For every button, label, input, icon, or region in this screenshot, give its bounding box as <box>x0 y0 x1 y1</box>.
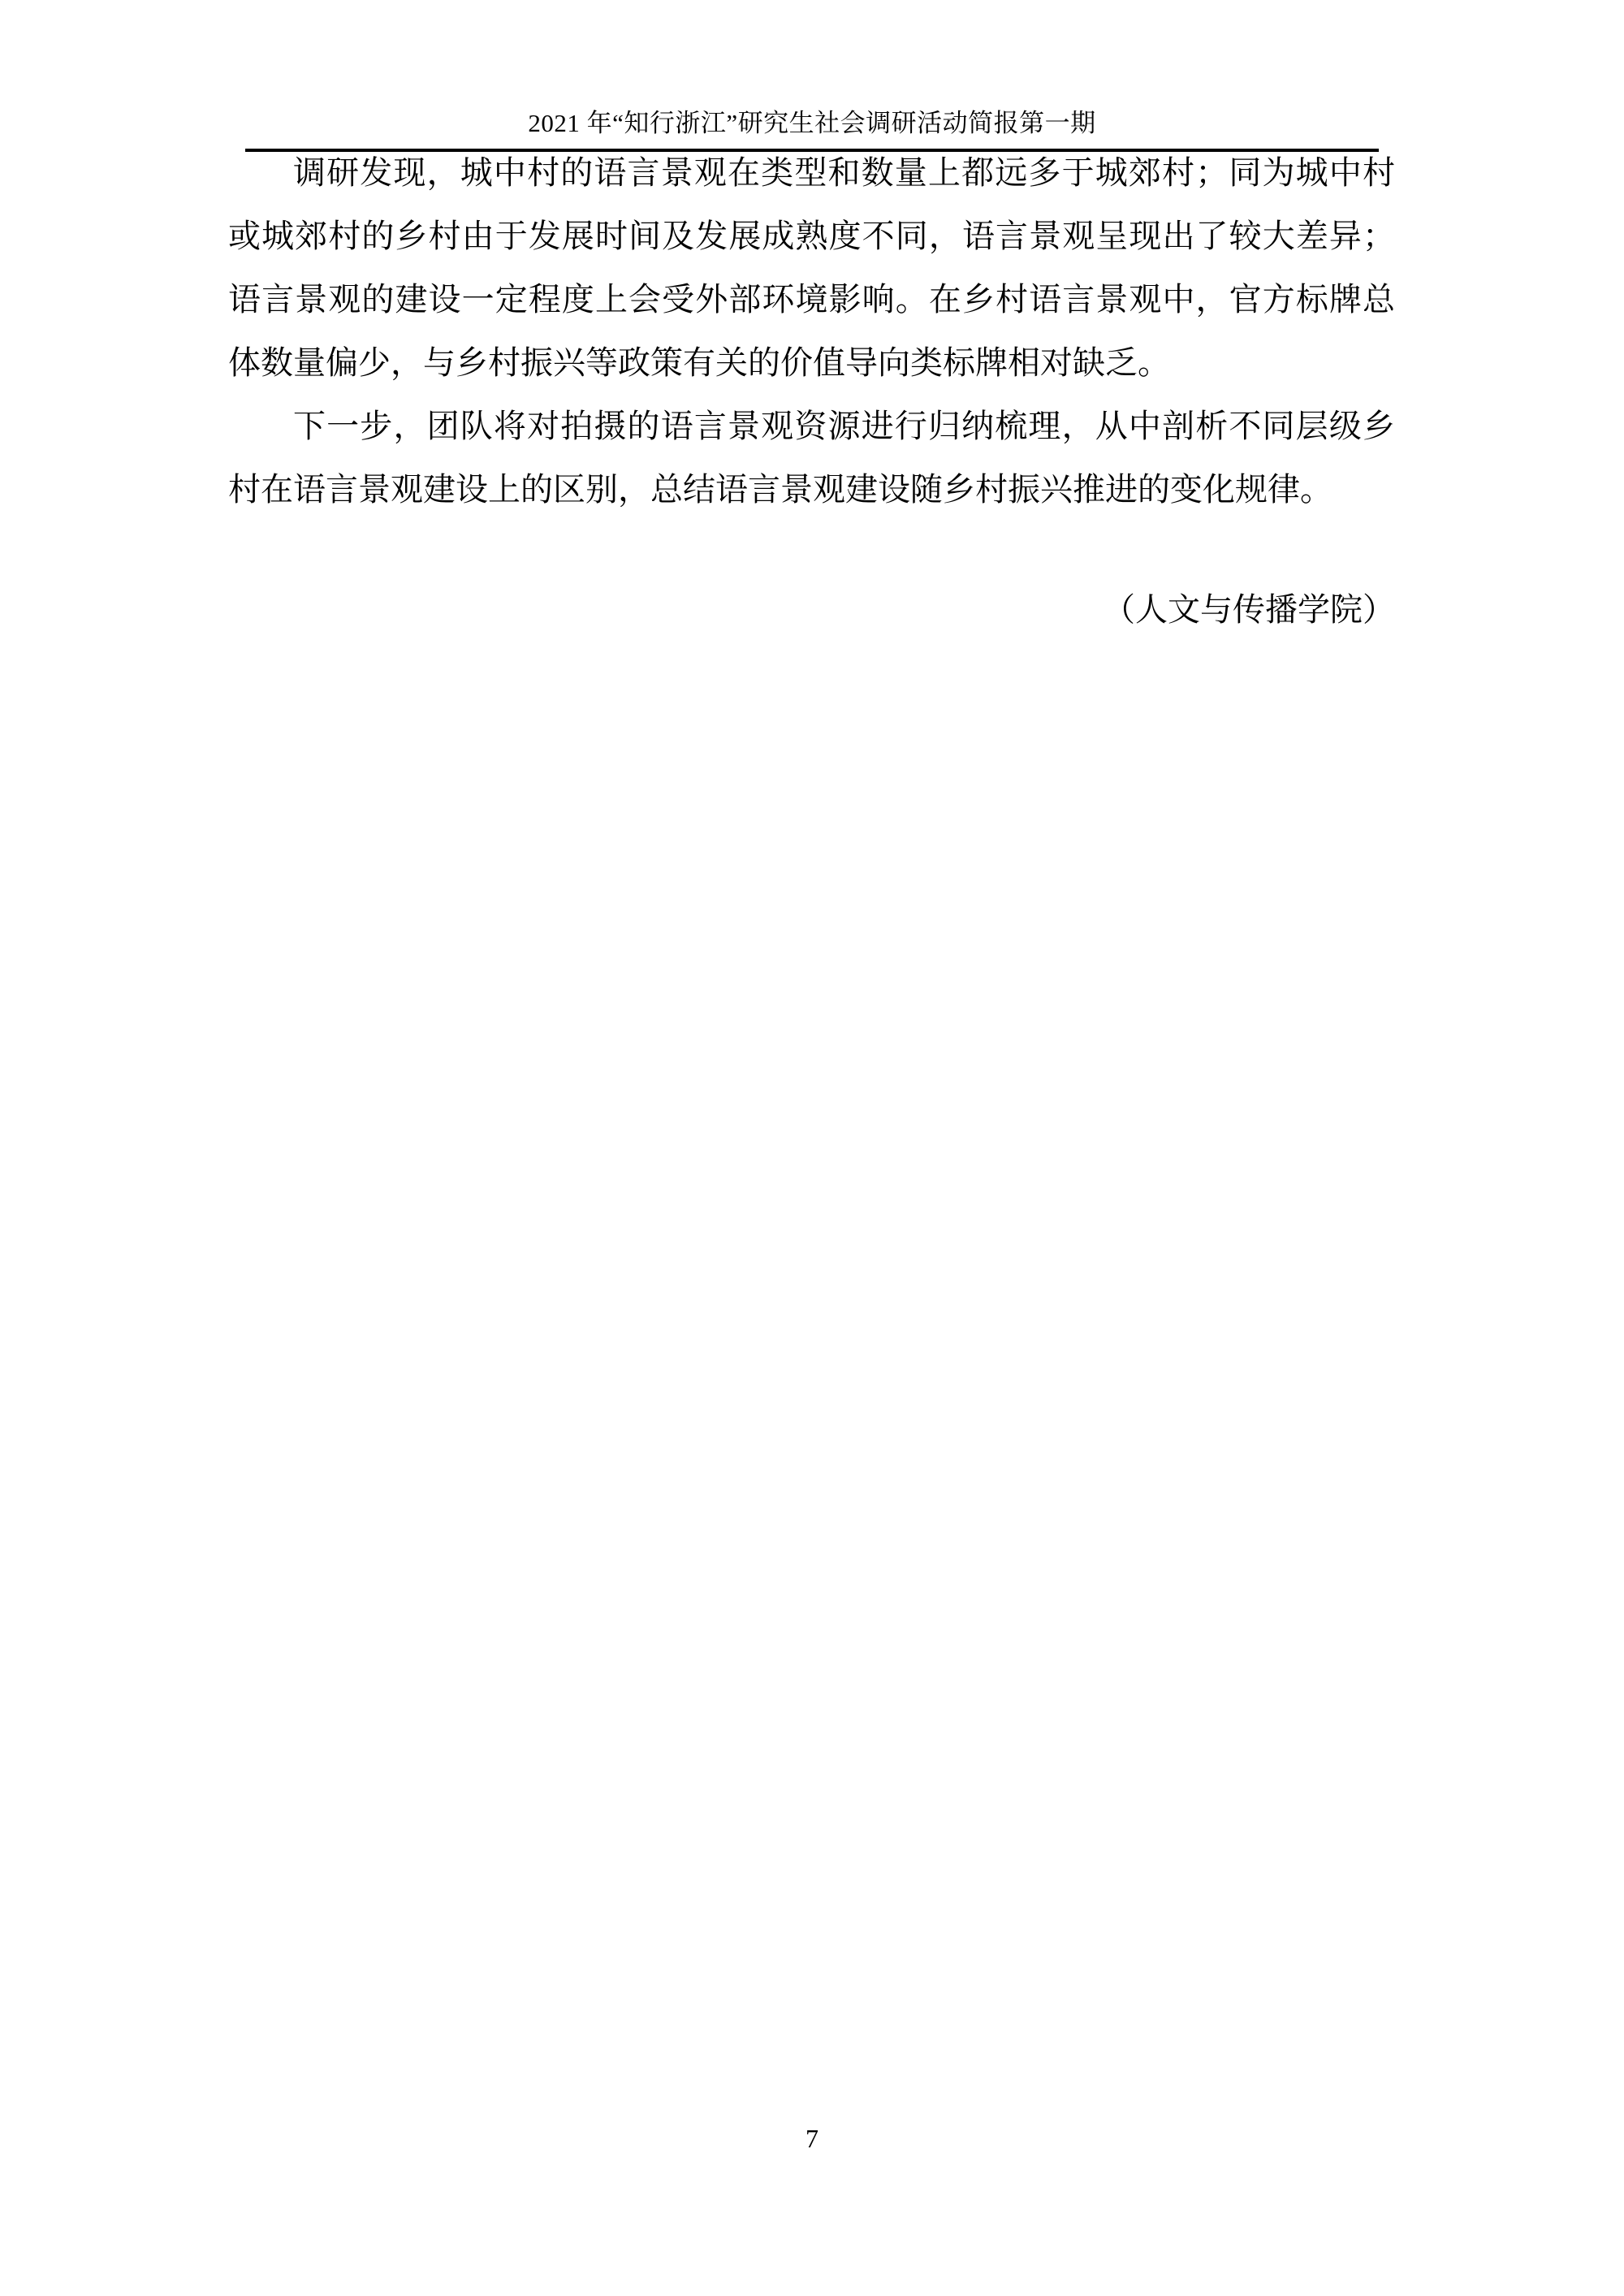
page-number: 7 <box>806 2124 818 2153</box>
attribution-line: （人文与传播学院） <box>228 578 1395 642</box>
document-page: 2021 年“知行浙江”研究生社会调研活动简报第一期 调研发现，城中村的语言景观… <box>0 0 1624 2296</box>
page-footer: 7 <box>0 2121 1624 2155</box>
header-title: 2021 年“知行浙江”研究生社会调研活动简报第一期 <box>227 106 1397 141</box>
document-body: 调研发现，城中村的语言景观在类型和数量上都远多于城郊村；同为城中村或城郊村的乡村… <box>228 141 1395 642</box>
body-paragraph-findings: 调研发现，城中村的语言景观在类型和数量上都远多于城郊村；同为城中村或城郊村的乡村… <box>228 141 1395 395</box>
body-paragraph-next-steps: 下一步，团队将对拍摄的语言景观资源进行归纳梳理，从中剖析不同层级乡村在语言景观建… <box>228 395 1395 521</box>
